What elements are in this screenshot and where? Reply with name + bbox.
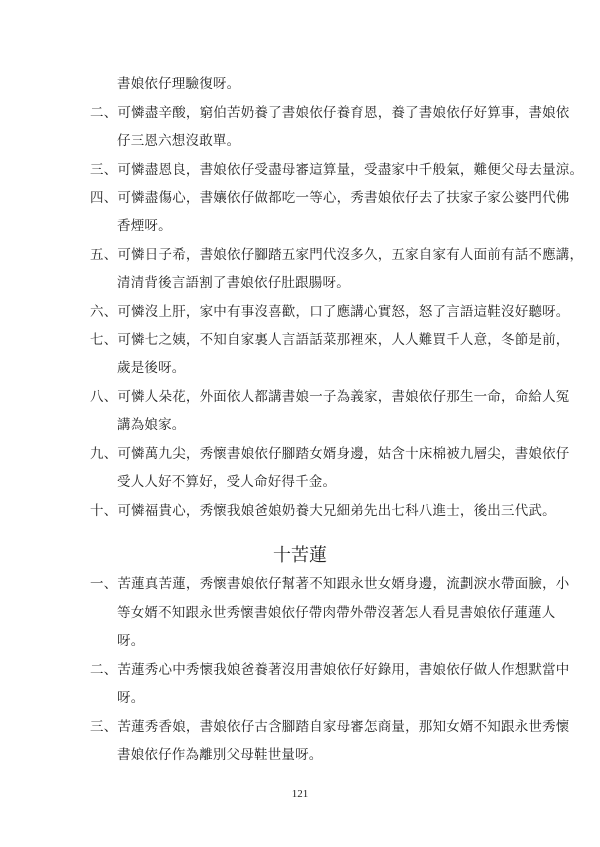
text-line: 五、可憐日子希，書娘依仔腳踏五家門代沒多久，五家自家有人面前有話不應講， <box>90 247 583 263</box>
text-line: 六、可憐沒上肝，家中有事沒喜歡，口了應講心實怒，怒了言語這鞋沒好聽呀。 <box>90 304 570 320</box>
text-line: 二、苦蓮秀心中秀懷我娘爸養著沒用書娘依仔好錄用，書娘依仔做人作想默當中 <box>90 662 570 678</box>
text-line: 仔三恩六想沒敢單。 <box>117 133 240 149</box>
text-line: 等女婿不知跟永世秀懷書娘依仔帶肉帶外帶沒著怎人看見書娘依仔蓮蓮人 <box>117 605 555 621</box>
page-number: 121 <box>0 788 600 800</box>
text-line: 呀。 <box>117 690 144 706</box>
text-line: 九、可憐萬九尖，秀懷書娘依仔腳踏女婿身邊，姑含十床棉被九層尖，書娘依仔 <box>90 446 570 462</box>
text-line: 七、可憐七之姨，不知自家裏人言語話菜那裡來，人人難買千人意，冬節是前， <box>90 332 570 348</box>
text-line: 清清背後言語割了書娘依仔肚跟腸呀。 <box>117 275 350 291</box>
document-page: 書娘依仔理驗復呀。二、可憐盡辛酸，窮伯苦奶養了書娘依仔養育恩，養了書娘依仔好算事… <box>0 0 600 847</box>
text-line: 一、苦蓮真苦蓮，秀懷書娘依仔幫著不知跟永世女婿身邊，流劃淚水帶面臉，小 <box>90 576 570 592</box>
text-line: 講為娘家。 <box>117 417 186 433</box>
text-line: 四、可憐盡傷心，書孃依仔做都吃一等心，秀書娘依仔去了扶家子家公婆門代佛 <box>90 190 570 206</box>
text-line: 書娘依仔作為離別父母鞋世量呀。 <box>117 747 323 763</box>
section-title: 十苦蓮 <box>0 541 600 567</box>
text-line: 八、可憐人朵花，外面依人都講書娘一子為義家，書娘依仔那生一命，命給人冤 <box>90 389 570 405</box>
text-line: 香煙呀。 <box>117 218 172 234</box>
text-line: 二、可憐盡辛酸，窮伯苦奶養了書娘依仔養育恩，養了書娘依仔好算事，書娘依 <box>90 105 570 121</box>
text-line: 三、可憐盡恩良，書娘依仔受盡母審這算量，受盡家中千般氣，難便父母去量涼。 <box>90 162 583 178</box>
text-line: 三、苦蓮秀香娘，書娘依仔古含腳踏自家母審怎商量，那知女婿不知跟永世秀懷 <box>90 719 570 735</box>
text-line: 受人人好不算好，受人命好得千金。 <box>117 474 336 490</box>
text-line: 歲是後呀。 <box>117 360 186 376</box>
text-line: 書娘依仔理驗復呀。 <box>117 76 240 92</box>
text-line: 呀。 <box>117 633 144 649</box>
text-line: 十、可憐福貴心，秀懷我娘爸娘奶養大兄細弟先出七科八進士，後出三代武。 <box>90 503 556 519</box>
